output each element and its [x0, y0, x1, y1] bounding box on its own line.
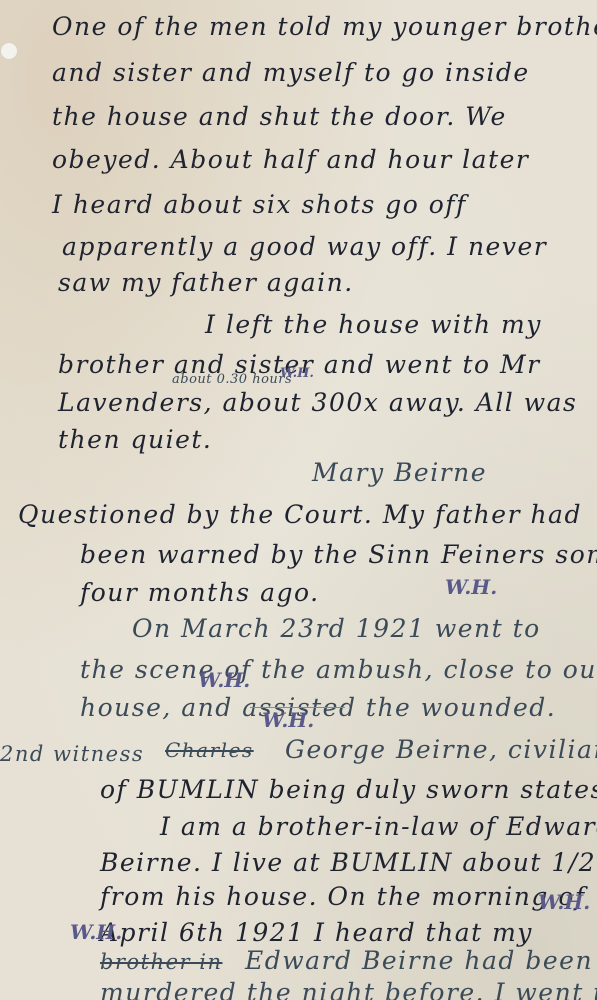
initials-mark: W.H.	[262, 708, 314, 732]
text-line: the scene of the ambush, close to our	[80, 655, 597, 684]
text-line: the house and shut the door. We	[52, 102, 507, 131]
text-line: I am a brother-in-law of Edward	[160, 812, 597, 841]
text-line: four months ago.	[80, 578, 320, 607]
text-line: then quiet.	[58, 425, 212, 454]
struck-words: brother in	[100, 950, 222, 974]
initials-mark: W.H.	[538, 890, 590, 914]
inserted-time-note: about 0.30 hours	[172, 372, 292, 387]
text-line: and sister and myself to go inside	[52, 58, 530, 87]
struck-name: Charles	[165, 738, 254, 762]
text-line: been warned by the Sinn Feiners some	[80, 540, 597, 569]
text-line: obeyed. About half and hour later	[52, 145, 529, 174]
text-line: Lavenders, about 300x away. All was	[58, 388, 577, 417]
signature: Mary Beirne	[312, 458, 487, 487]
initials-mark: W.H.	[445, 575, 497, 599]
initials-mark: W.H.	[280, 366, 314, 381]
text-line: from his house. On the morning of	[100, 882, 586, 911]
text-line: April 6th 1921 I heard that my	[100, 918, 533, 947]
text-line: One of the men told my younger brother	[52, 12, 597, 41]
manuscript-page: One of the men told my younger brother a…	[0, 0, 597, 1000]
text-line: I left the house with my	[205, 310, 542, 339]
text-line: Edward Beirne had been	[245, 946, 593, 975]
text-line: saw my father again.	[58, 268, 354, 297]
initials-mark: W.H.	[198, 668, 250, 692]
text-line: Beirne. I live at BUMLIN about 1/2 mile	[100, 848, 597, 877]
text-line: murdered the night before. I went to his	[100, 978, 597, 1000]
text-line: George Beirne, civilian	[285, 735, 597, 764]
punch-hole	[0, 42, 18, 60]
text-line: On March 23rd 1921 went to	[132, 614, 541, 643]
initials-mark: W.H.	[70, 920, 122, 944]
text-line: Questioned by the Court. My father had	[18, 500, 582, 529]
text-line: of BUMLIN being duly sworn states:-	[100, 775, 597, 804]
margin-note-witness: 2nd witness	[0, 742, 144, 766]
text-line: I heard about six shots go off	[52, 190, 467, 219]
text-line: apparently a good way off. I never	[62, 232, 547, 261]
